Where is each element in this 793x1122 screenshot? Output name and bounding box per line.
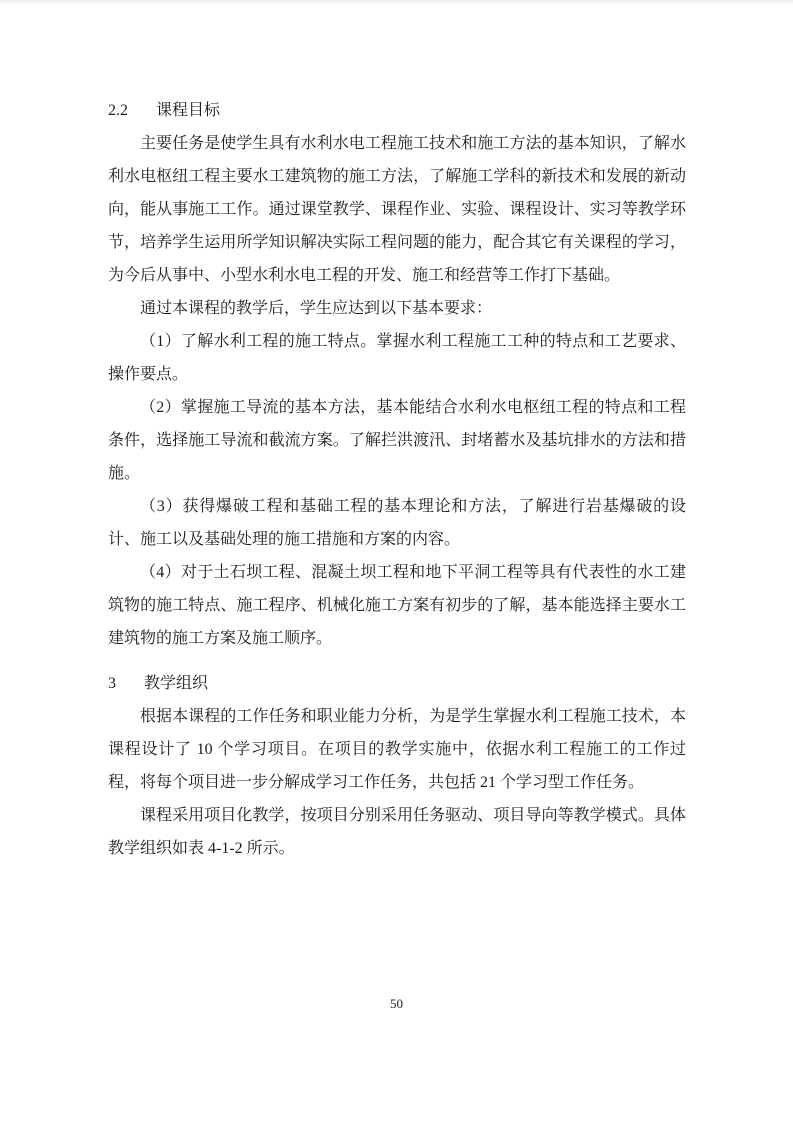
paragraph-basic-requirements-intro: 通过本课程的教学后，学生应达到以下基本要求： [108,292,686,325]
section-2-2-title: 课程目标 [156,102,220,119]
paragraph-teaching-projects: 根据本课程的工作任务和职业能力分析，为是学生掌握水利工程施工技术，本课程设计了 … [108,700,686,799]
paragraph-requirement-4: （4）对于土石坝工程、混凝土坝工程和地下平洞工程等具有代表性的水工建筑物的施工特… [108,556,686,655]
paragraph-main-task: 主要任务是使学生具有水利水电工程施工技术和施工方法的基本知识，了解水利水电枢纽工… [108,127,686,292]
section-heading-3: 3 教学组织 [108,667,686,700]
section-heading-2-2: 2.2 课程目标 [108,94,686,127]
section-3-title: 教学组织 [144,675,208,692]
document-content: 2.2 课程目标 主要任务是使学生具有水利水电工程施工技术和施工方法的基本知识，… [108,94,686,865]
page-footer: 50 [0,996,793,1012]
page-number: 50 [390,996,403,1011]
paragraph-requirement-3: （3）获得爆破工程和基础工程的基本理论和方法，了解进行岩基爆破的设计、施工以及基… [108,490,686,556]
section-3-number: 3 [108,675,116,692]
paragraph-requirement-1: （1）了解水利工程的施工特点。掌握水利工程施工工种的特点和工艺要求、操作要点。 [108,325,686,391]
page-top-edge [0,0,793,5]
paragraph-requirement-2: （2）掌握施工导流的基本方法，基本能结合水利水电枢纽工程的特点和工程条件，选择施… [108,391,686,490]
paragraph-teaching-mode: 课程采用项目化教学，按项目分别采用任务驱动、项目导向等教学模式。具体教学组织如表… [108,799,686,865]
section-2-2-number: 2.2 [108,102,128,119]
